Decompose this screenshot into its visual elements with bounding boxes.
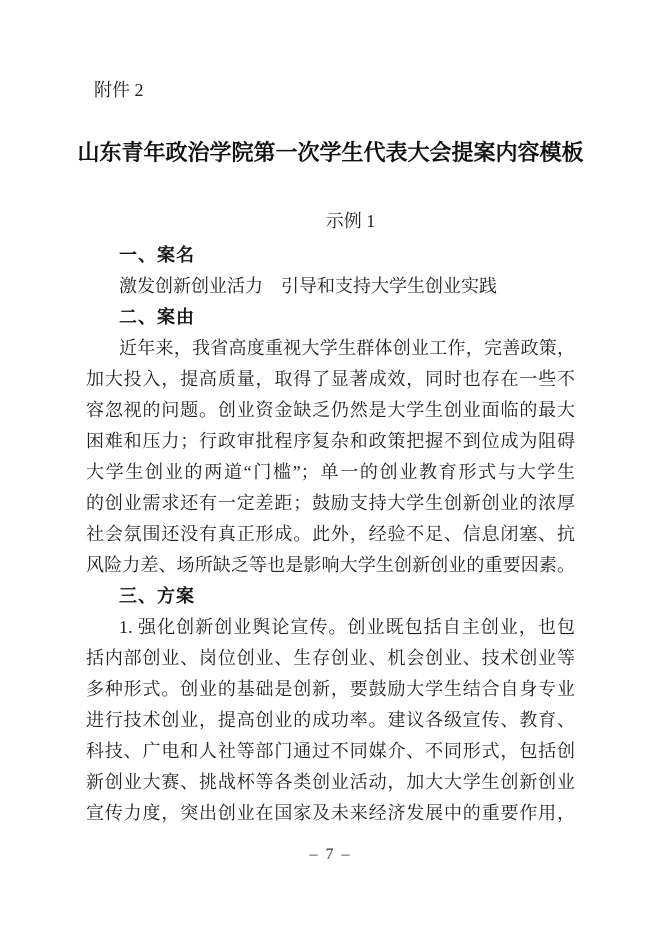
section-heading-reason: 二、案由 [86,302,575,333]
section-heading-case-name: 一、案名 [86,240,575,271]
plan-line: 新创业大赛、挑战杯等各类创业活动，加大大学生创新创业 [86,767,575,798]
document-title: 山东青年政治学院第一次学生代表大会提案内容模板 [0,138,661,168]
section-heading-plan: 三、方案 [86,581,575,612]
reason-line: 风险力差、场所缺乏等也是影响大学生创新创业的重要因素。 [86,550,575,581]
attachment-label: 附件 2 [94,78,144,102]
document-page: 附件 2 山东青年政治学院第一次学生代表大会提案内容模板 示例 1 一、案名 激… [0,0,661,935]
page-number: – 7 – [0,845,661,865]
reason-line: 大学生创业的两道“门槛”；单一的创业教育形式与大学生 [86,457,575,488]
plan-line: 宣传力度，突出创业在国家及未来经济发展中的重要作用， [86,798,575,829]
plan-line: 1. 强化创新创业舆论宣传。创业既包括自主创业，也包 [86,612,575,643]
plan-line: 多种形式。创业的基础是创新，要鼓励大学生结合自身专业 [86,674,575,705]
reason-line: 近年来，我省高度重视大学生群体创业工作，完善政策， [86,333,575,364]
reason-line: 社会氛围还没有真正形成。此外，经验不足、信息闭塞、抗 [86,519,575,550]
reason-line: 容忽视的问题。创业资金缺乏仍然是大学生创业面临的最大 [86,395,575,426]
case-name-line: 激发创新创业活力 引导和支持大学生创业实践 [86,271,575,302]
reason-line: 困难和压力；行政审批程序复杂和政策把握不到位成为阻碍 [86,426,575,457]
plan-line: 科技、广电和人社等部门通过不同媒介、不同形式，包括创 [86,736,575,767]
reason-line: 的创业需求还有一定差距；鼓励支持大学生创新创业的浓厚 [86,488,575,519]
example-label: 示例 1 [20,209,661,233]
reason-line: 加大投入，提高质量，取得了显著成效，同时也存在一些不 [86,364,575,395]
plan-line: 括内部创业、岗位创业、生存创业、机会创业、技术创业等 [86,643,575,674]
document-body: 一、案名 激发创新创业活力 引导和支持大学生创业实践 二、案由 近年来，我省高度… [86,240,575,829]
plan-line: 进行技术创业，提高创业的成功率。建议各级宣传、教育、 [86,705,575,736]
